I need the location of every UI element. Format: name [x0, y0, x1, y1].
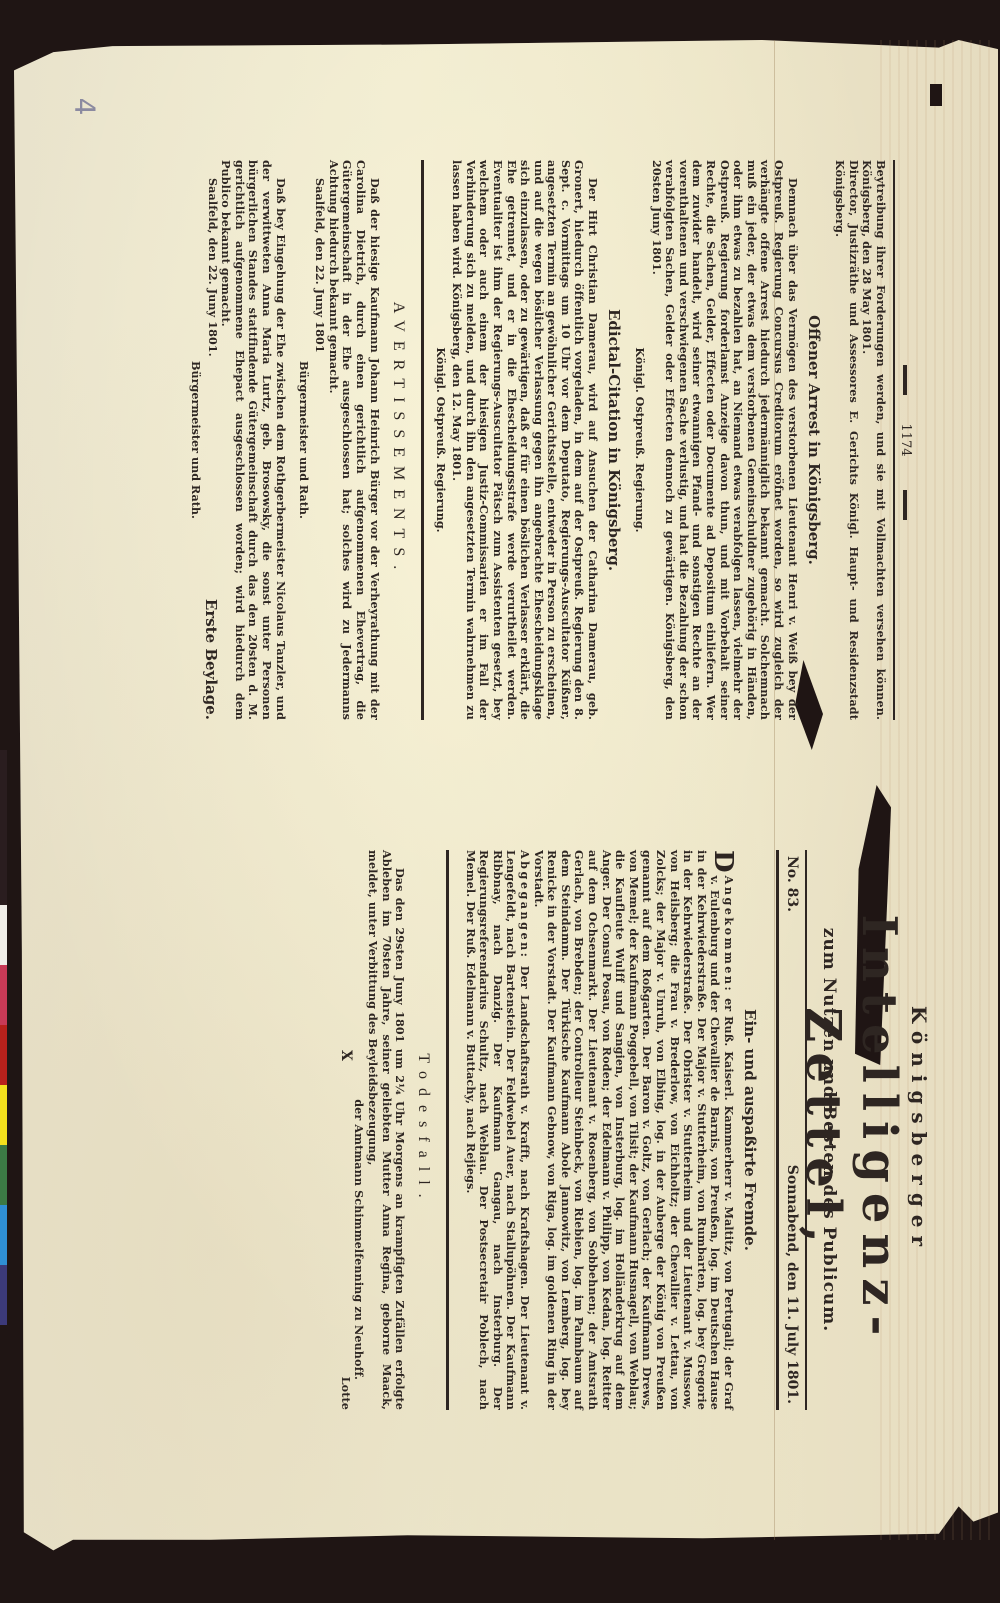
- masthead-city: Königsberger: [907, 850, 931, 1410]
- death-notice-body: Das den 29sten Juny 1801 um 2¼ Uhr Morge…: [365, 850, 406, 1410]
- section-rule: [421, 160, 424, 720]
- calibration-swatch: [0, 1025, 7, 1085]
- section-heading: Offener Arrest in Königsberg.: [805, 160, 823, 720]
- catchword: Lotte: [338, 1377, 352, 1410]
- calibration-swatch: [0, 1145, 7, 1205]
- issue-line: No. 83. Sonnabend, den 11. July 1801.: [776, 850, 807, 1410]
- drop-cap: D: [711, 850, 735, 873]
- catchword-mark: X: [338, 1050, 352, 1061]
- arrived-label: Angekommen:: [722, 876, 736, 994]
- masthead-title: Intelligenz-Zettel,: [795, 850, 907, 1410]
- handwritten-page-mark: 4: [68, 98, 101, 116]
- header-rule: [893, 160, 895, 720]
- travellers-heading: Ein- und auspaßirte Fremde.: [741, 850, 759, 1410]
- calibration-swatch: [0, 750, 7, 905]
- supplement-note: Erste Beylage.: [202, 599, 220, 720]
- notice-body: Daß der hiesige Kaufmann Johann Heinrich…: [326, 160, 380, 720]
- notice-place-date: Saalfeld, den 22. Juny 1801: [313, 160, 327, 720]
- death-notice-signature: der Amtmann Schimmelfenning zu Neuhoff.: [352, 850, 366, 1410]
- departed-label: Abgegangen:: [518, 850, 532, 959]
- arrived-list: Angekommen: D er Ruß. Kaiserl. Kammerher…: [531, 850, 735, 1410]
- notice-signature: Bürgermeister und Rath.: [297, 160, 311, 720]
- section-heading: Edictal-Citation in Königsberg.: [605, 160, 623, 720]
- calibration-swatch: [0, 905, 7, 965]
- section-body: Der Hirt Christian Damerau, wird auf Ans…: [450, 160, 600, 720]
- masthead-subtitle: zum Nutzen und Besten des Publicum.: [819, 850, 839, 1410]
- calibration-swatch: [0, 1265, 7, 1325]
- continuation-text: Beytreibung ihrer Forderungen werden, un…: [860, 160, 887, 720]
- continuation-signature: Director, Justizräthe und Assessores E. …: [833, 160, 860, 720]
- issue-number: No. 83.: [784, 850, 800, 918]
- notice-body: Daß bey Eingehung der Ehe zwischen dem R…: [219, 160, 287, 720]
- departed-list: Abgegangen: Der Landschaftsrath v. Kraff…: [463, 850, 531, 1410]
- avertissements-heading: AVERTISSEMENTS.: [389, 160, 407, 720]
- paper-tear: [930, 84, 942, 106]
- page-number: 1174: [898, 160, 913, 720]
- calibration-swatch: [0, 1205, 7, 1265]
- death-notice-heading: Todesfall.: [414, 850, 432, 1410]
- ornament-bar: [903, 490, 907, 520]
- section-rule: [446, 850, 449, 1410]
- section-signature: Königl. Ostpreuß. Regierung.: [633, 160, 647, 720]
- issue-date: Sonnabend, den 11. July 1801.: [784, 1159, 800, 1410]
- newspaper-page: 1174 Beytreibung ihrer Forderungen werde…: [195, 160, 935, 1450]
- calibration-swatch: [0, 965, 7, 1025]
- section-signature: Königl. Ostpreuß. Regierung.: [434, 160, 448, 720]
- section-body: Demnach über das Vermögen des verstorben…: [649, 160, 799, 720]
- calibration-swatch: [0, 1085, 7, 1145]
- notice-signature: Bürgermeister und Rath.: [189, 160, 203, 720]
- arrived-text: er Ruß. Kaiserl. Kammerherr v. Maltitz, …: [532, 850, 736, 1410]
